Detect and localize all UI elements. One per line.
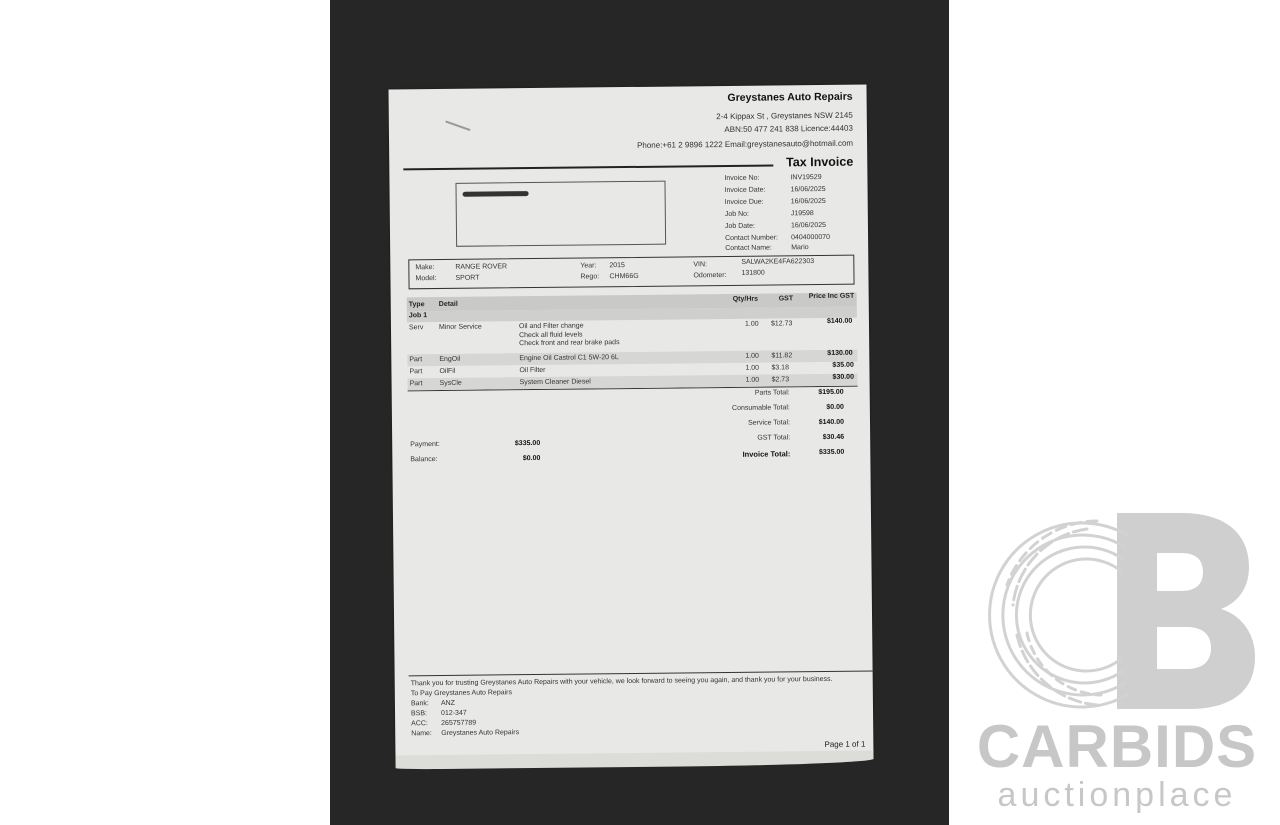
carbids-watermark-logo: CARBIDS auctionplace [972, 505, 1262, 815]
make-label: Make: [415, 264, 434, 271]
table-row: Serv Minor Service Oil and Filter change… [407, 318, 857, 355]
make-value: RANGE ROVER [455, 263, 507, 271]
header-gst: GST [779, 295, 793, 302]
header-rule [403, 164, 773, 170]
cb-fingerprint-logo-icon [977, 505, 1257, 715]
page-number: Page 1 of 1 [824, 740, 865, 749]
customer-address-box [455, 181, 666, 247]
payment-row: Payment:$335.00 [410, 440, 540, 456]
rego-value: CHM66G [609, 273, 638, 280]
line-items-table: Type Detail Qty/Hrs GST Price Inc GST Jo… [407, 293, 858, 392]
total-gst: GST Total:$30.46 [692, 434, 852, 451]
header-price: Price Inc GST [809, 293, 855, 300]
year-value: 2015 [609, 262, 625, 269]
header-qty: Qty/Hrs [733, 296, 758, 303]
brand-tagline: auctionplace [972, 777, 1262, 813]
total-service: Service Total:$140.00 [692, 419, 852, 436]
vehicle-details-box: Make: RANGE ROVER Model: SPORT Year: 201… [408, 255, 854, 290]
invoice-footer: Thank you for trusting Greystanes Auto R… [411, 675, 833, 739]
total-consumable: Consumable Total:$0.00 [692, 404, 852, 421]
job-label: Job 1 [409, 312, 427, 319]
document-title: Tax Invoice [786, 155, 853, 170]
model-value: SPORT [455, 275, 479, 282]
payment-block: Payment:$335.00 Balance:$0.00 [410, 440, 540, 471]
invoice-meta: Invoice No:INV19529 Invoice Date:16/06/2… [724, 174, 861, 257]
redacted-customer-name [463, 191, 529, 197]
odometer-label: Odometer: [693, 272, 726, 279]
model-label: Model: [415, 275, 436, 282]
vin-label: VIN: [693, 261, 707, 268]
invoice-paper: Greystanes Auto Repairs 2-4 Kippax St , … [388, 85, 873, 762]
rego-label: Rego: [580, 273, 599, 280]
staple-mark [445, 121, 470, 132]
vin-value: SALWA2KE4FA622303 [741, 258, 814, 266]
company-abn-licence: ABN:50 477 241 838 Licence:44403 [724, 124, 853, 134]
totals-block: Parts Total:$195.00 Consumable Total:$0.… [692, 389, 853, 466]
company-name: Greystanes Auto Repairs [727, 91, 852, 104]
odometer-value: 131800 [741, 270, 764, 277]
brand-wordmark: CARBIDS [972, 717, 1262, 777]
header-type: Type [409, 301, 425, 308]
header-detail: Detail [439, 301, 458, 308]
company-contact: Phone:+61 2 9896 1222 Email:greystanesau… [637, 139, 853, 150]
year-label: Year: [580, 262, 596, 269]
total-invoice: Invoice Total:$335.00 [692, 449, 852, 466]
total-parts: Parts Total:$195.00 [692, 389, 852, 406]
company-address: 2-4 Kippax St , Greystanes NSW 2145 [716, 111, 853, 121]
balance-row: Balance:$0.00 [410, 455, 540, 471]
